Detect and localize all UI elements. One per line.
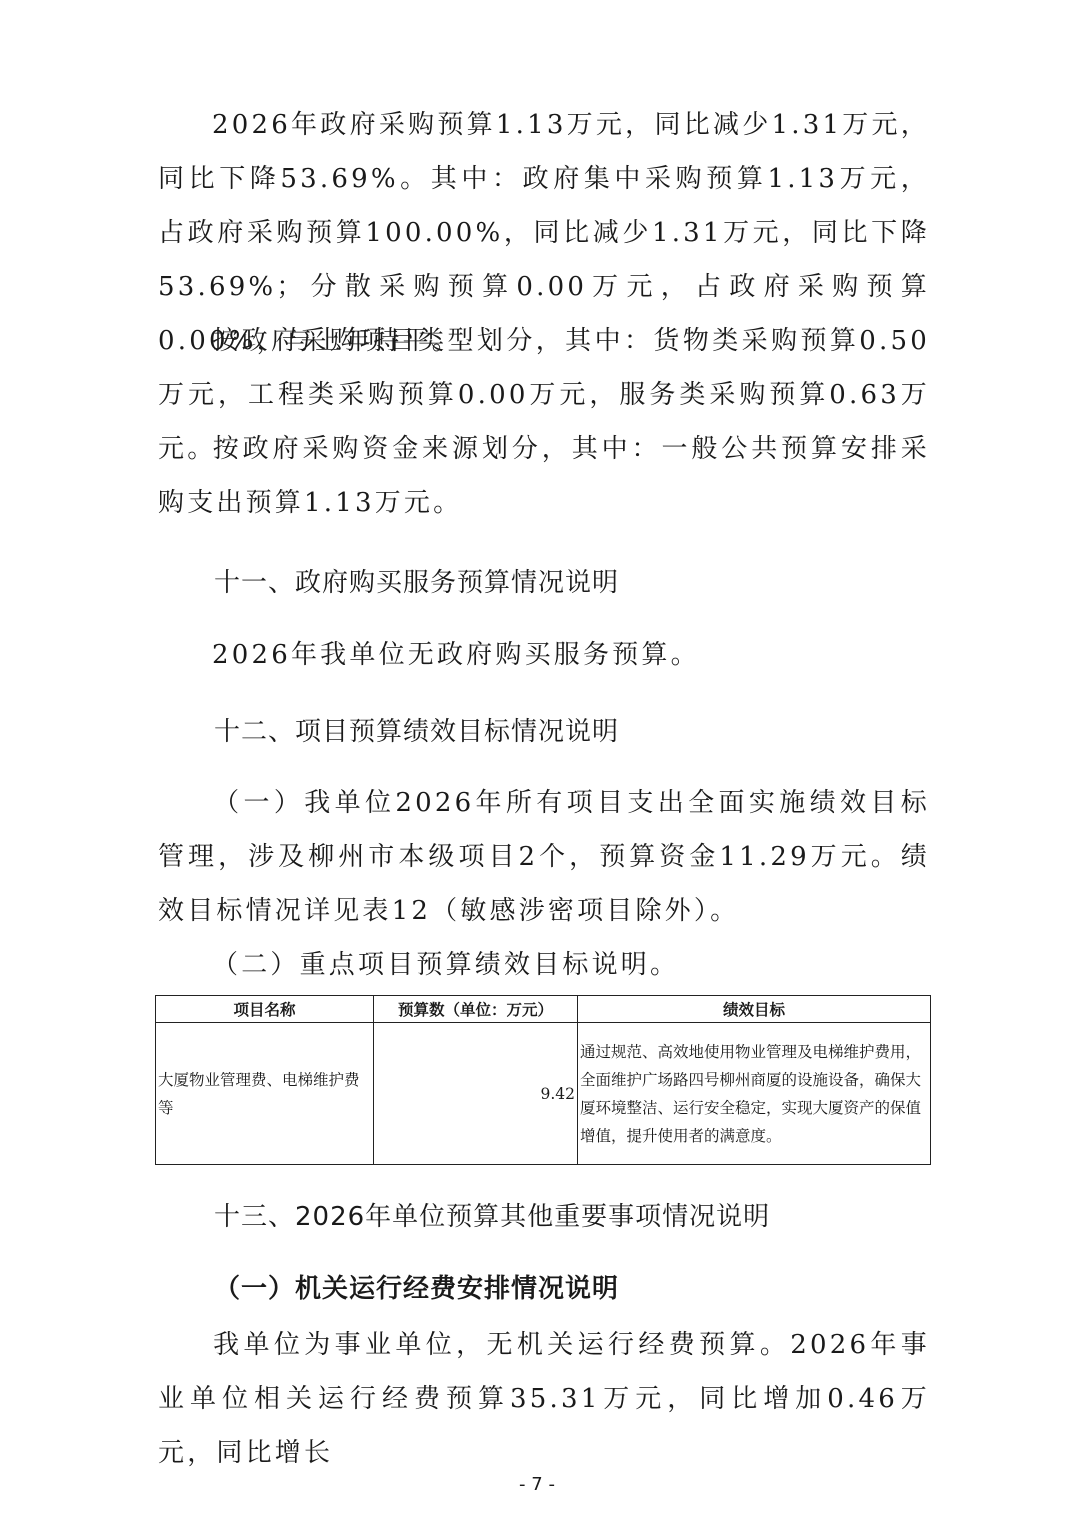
column-header-project-name: 项目名称 bbox=[156, 996, 374, 1023]
heading-section-12: 十二、项目预算绩效目标情况说明 bbox=[214, 711, 619, 748]
heading-section-11: 十一、政府购买服务预算情况说明 bbox=[214, 562, 619, 599]
cell-performance-goal: 通过规范、高效地使用物业管理及电梯维护费用，全面维护广场路四号柳州商厦的设施设备… bbox=[578, 1023, 931, 1165]
table-row: 大厦物业管理费、电梯维护费等 9.42 通过规范、高效地使用物业管理及电梯维护费… bbox=[156, 1023, 931, 1165]
paragraph-no-purchase-service: 2026年我单位无政府购买服务预算。 bbox=[158, 628, 930, 682]
heading-section-13-1: （一）机关运行经费安排情况说明 bbox=[214, 1268, 619, 1305]
heading-section-13: 十三、2026年单位预算其他重要事项情况说明 bbox=[214, 1196, 770, 1233]
cell-project-name: 大厦物业管理费、电梯维护费等 bbox=[156, 1023, 374, 1165]
table-header-row: 项目名称 预算数（单位：万元） 绩效目标 bbox=[156, 996, 931, 1023]
paragraph-key-project-goals: （二）重点项目预算绩效目标说明。 bbox=[158, 938, 930, 992]
key-project-table: 项目名称 预算数（单位：万元） 绩效目标 大厦物业管理费、电梯维护费等 9.42… bbox=[155, 995, 931, 1165]
column-header-performance-goal: 绩效目标 bbox=[578, 996, 931, 1023]
paragraph-performance-goals: （一）我单位2026年所有项目支出全面实施绩效目标管理，涉及柳州市本级项目2个，… bbox=[158, 776, 930, 938]
cell-budget-amount: 9.42 bbox=[374, 1023, 578, 1165]
paragraph-operating-expenses: 我单位为事业单位，无机关运行经费预算。2026年事业单位相关运行经费预算35.3… bbox=[158, 1318, 930, 1480]
column-header-budget: 预算数（单位：万元） bbox=[374, 996, 578, 1023]
page-number: - 7 - bbox=[0, 1474, 1074, 1495]
paragraph-procurement-by-source: 按政府采购资金来源划分，其中：一般公共预算安排采购支出预算1.13万元。 bbox=[158, 422, 930, 530]
